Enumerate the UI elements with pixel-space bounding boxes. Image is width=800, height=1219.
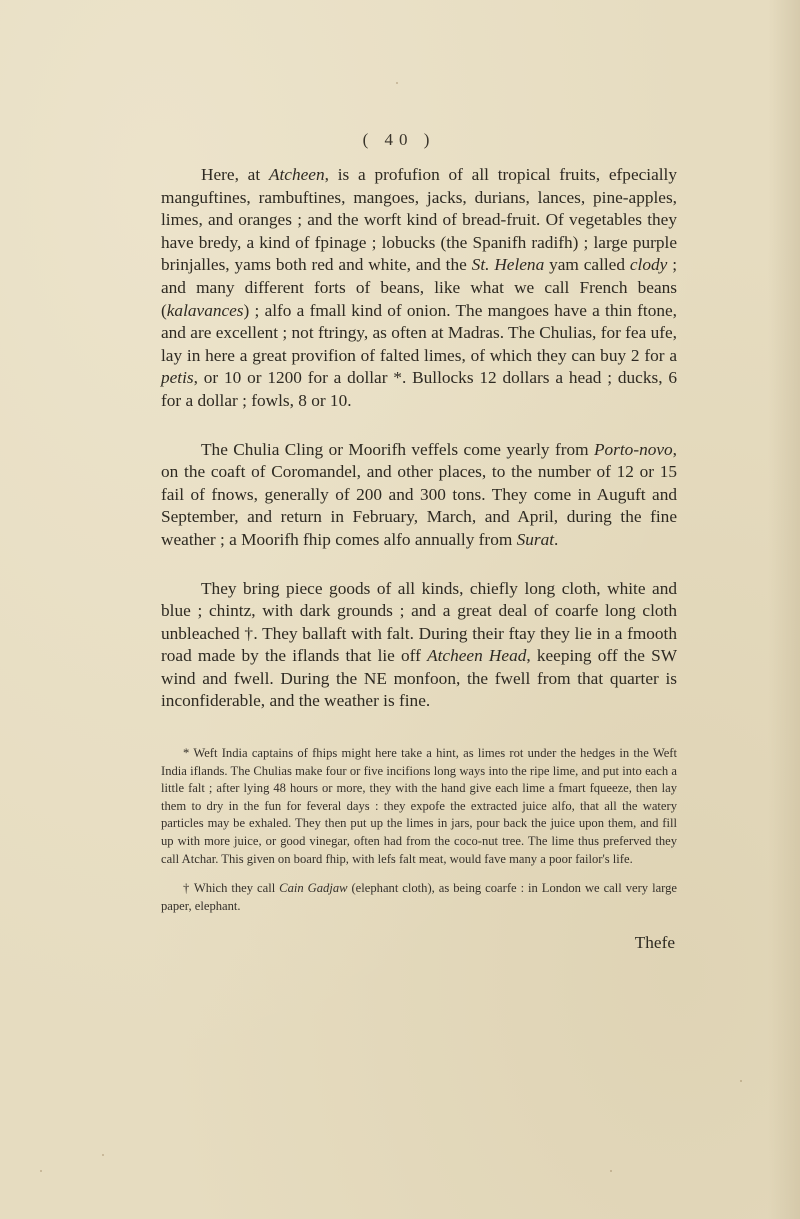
catchword: Thefe [161, 933, 677, 953]
page-number: ( 40 ) [121, 130, 677, 150]
body-text: Here, at Atcheen, is a profufion of all … [161, 164, 677, 713]
paragraph-chulia-vessels: The Chulia Cling or Moorifh veffels come… [161, 439, 677, 552]
footnotes: * Weft India captains of fhips might her… [161, 745, 677, 915]
paragraph-atcheen-produce: Here, at Atcheen, is a profufion of all … [161, 164, 677, 413]
paper-speck [40, 1170, 42, 1172]
paper-speck [396, 82, 398, 84]
book-page: ( 40 ) Here, at Atcheen, is a profufion … [161, 130, 677, 953]
footnote-elephant-cloth: † Which they call Cain Gadjaw (elephant … [161, 880, 677, 915]
footnote-limes: * Weft India captains of fhips might her… [161, 745, 677, 868]
paper-speck [610, 1170, 612, 1172]
paper-speck [740, 1080, 742, 1082]
paper-speck [102, 1154, 104, 1156]
paragraph-piece-goods: They bring piece goods of all kinds, chi… [161, 578, 677, 714]
